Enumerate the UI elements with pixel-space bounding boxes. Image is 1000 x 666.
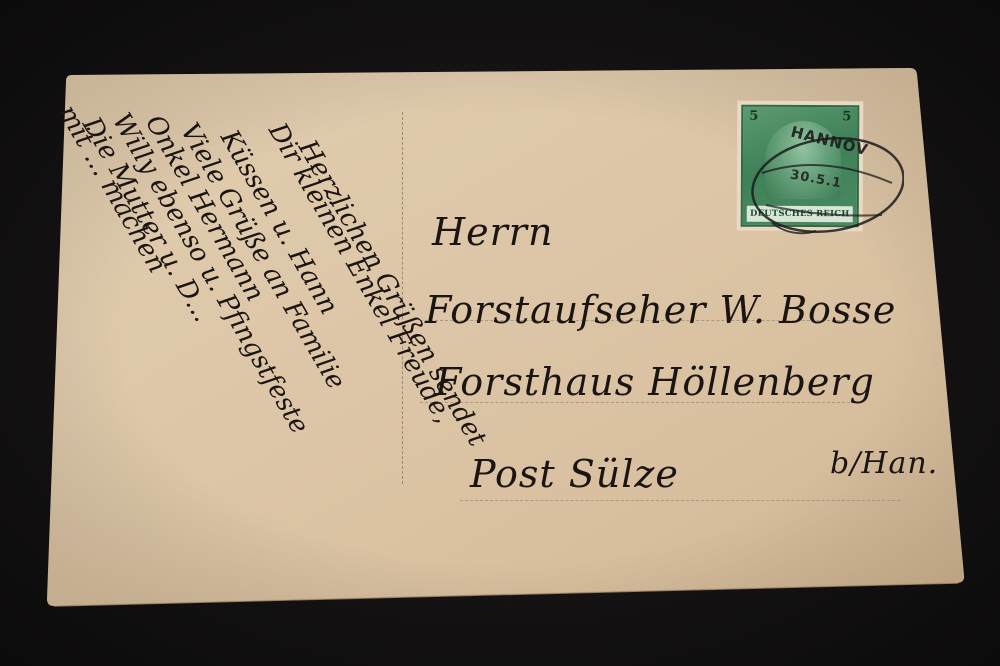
address-rule-3 [460, 500, 900, 501]
address-line-post: Post Sülze [470, 452, 679, 496]
address-line-name: Forstaufseher W. Bosse [425, 288, 896, 332]
stamp-value-right: 5 [842, 109, 851, 124]
address-line-suffix: b/Han. [830, 446, 938, 481]
address-salutation: Herrn [432, 210, 553, 254]
stamp-value-left: 5 [749, 109, 758, 124]
postage-stamp: 5 5 DEUTSCHES REICH [737, 101, 864, 232]
postcard: 5 5 DEUTSCHES REICH HANNOV 30.5.1 Herrn … [0, 0, 1000, 666]
stamp-country-label: DEUTSCHES REICH [747, 206, 853, 223]
address-line-forsthaus: Forsthaus Höllenberg [435, 360, 875, 404]
postcard-paper [0, 0, 1000, 666]
